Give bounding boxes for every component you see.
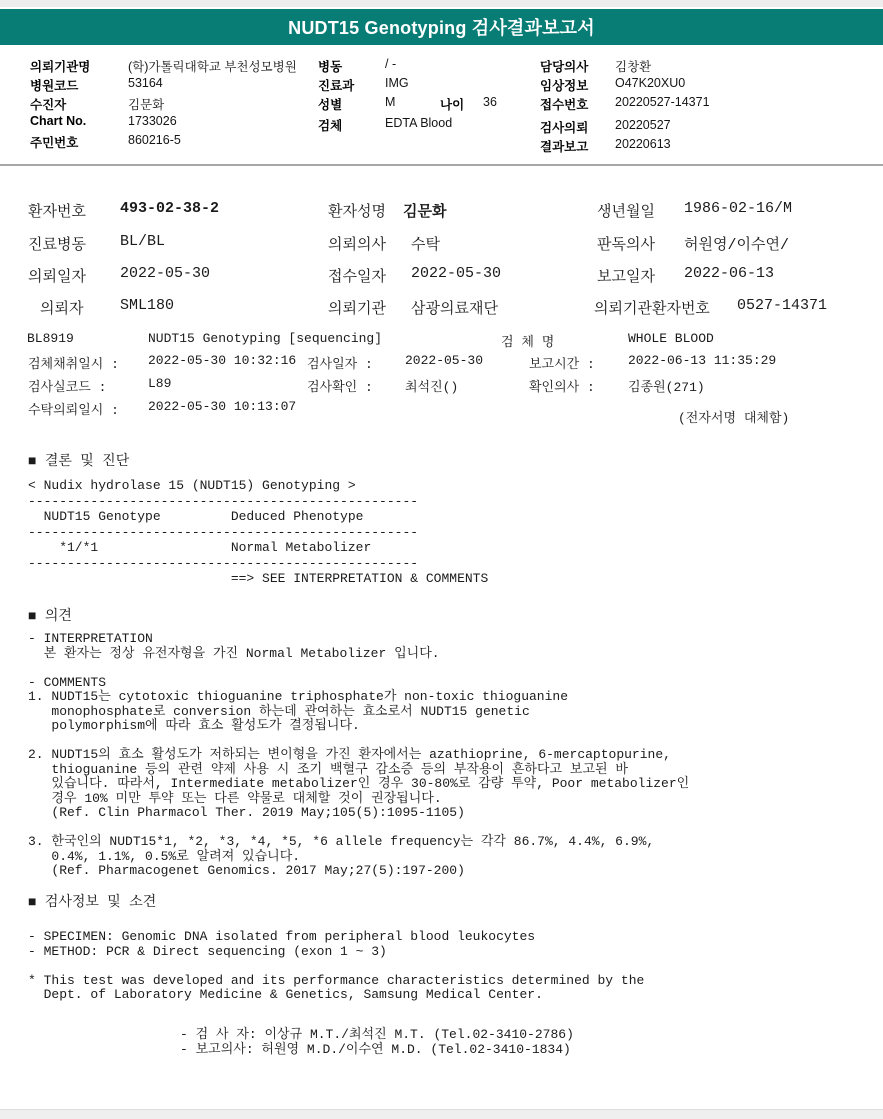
- examinee-label: 수진자: [30, 95, 66, 113]
- square-bullet-icon: ■: [28, 454, 36, 470]
- report-time-value: 2022-06-13 11:35:29: [628, 353, 776, 368]
- resident-no-value: 860216-5: [128, 133, 181, 147]
- top-strip: [0, 0, 883, 7]
- ordering-org-value: (학)가톨릭대학교 부천성모병원: [128, 57, 297, 75]
- reading-doctor-value: 허원영/이수연/: [684, 233, 789, 254]
- age-value: 36: [483, 95, 497, 109]
- clinic-ward-value: BL/BL: [120, 233, 165, 250]
- esign-note: (전자서명 대체함): [678, 407, 789, 426]
- opinion-section-heading: ■ 의견: [28, 605, 72, 625]
- opinion-heading-text: 의견: [45, 609, 72, 625]
- lab-report-page: NUDT15 Genotyping 검사결과보고서 의뢰기관명 (학)가톨릭대학…: [0, 0, 883, 1119]
- reading-doctor-label: 판독의사: [597, 233, 655, 254]
- attending-doctor-label: 담당의사: [540, 57, 588, 75]
- page-title: NUDT15 Genotyping 검사결과보고서: [288, 14, 595, 40]
- test-date-value: 2022-05-30: [405, 353, 483, 368]
- org-patient-no-label: 의뢰기관환자번호: [594, 297, 710, 318]
- request-doctor-value: 수탁: [411, 233, 440, 254]
- specimen-type-value: EDTA Blood: [385, 116, 452, 130]
- test-confirm-label: 검사확인 :: [307, 376, 373, 395]
- ordering-org-label: 의뢰기관명: [30, 57, 90, 75]
- result-report-label: 결과보고: [540, 137, 588, 155]
- clinic-ward-label: 진료병동: [28, 233, 86, 254]
- report-time-label: 보고시간 :: [529, 353, 595, 372]
- report-date-label: 보고일자: [597, 265, 655, 286]
- sex-value: M: [385, 95, 395, 109]
- referral-datetime-label: 수탁의뢰일시 :: [28, 399, 119, 418]
- patient-name-label: 환자성명: [328, 200, 386, 221]
- dept-label: 진료과: [318, 76, 354, 94]
- collection-datetime-value: 2022-05-30 10:32:16: [148, 353, 296, 368]
- conclusion-result-table: < Nudix hydrolase 15 (NUDT15) Genotyping…: [28, 478, 488, 587]
- birthdate-value: 1986-02-16/M: [684, 200, 792, 217]
- attending-doctor-value: 김창환: [615, 57, 651, 75]
- lab-code-label: 검사실코드 :: [28, 376, 106, 395]
- sex-label: 성별: [318, 95, 342, 113]
- hospital-code-value: 53164: [128, 76, 163, 90]
- clinical-info-value: O47K20XU0: [615, 76, 685, 90]
- confirm-doctor-label: 확인의사 :: [529, 376, 595, 395]
- patient-name-value: 김문화: [403, 200, 446, 221]
- specimen-name-value: WHOLE BLOOD: [628, 331, 714, 346]
- bottom-strip: [0, 1109, 883, 1119]
- conclusion-section-heading: ■ 결론 및 진단: [28, 450, 129, 470]
- header-divider: [0, 164, 883, 166]
- signature-lines: - 검 사 자: 이상규 M.T./최석진 M.T. (Tel.02-3410-…: [180, 1028, 574, 1057]
- test-code: BL8919: [27, 331, 74, 346]
- testinfo-section-heading: ■ 검사정보 및 소견: [28, 891, 156, 911]
- lab-code-value: L89: [148, 376, 171, 391]
- receipt-no-value: 20220527-14371: [615, 95, 710, 109]
- birthdate-label: 생년월일: [597, 200, 655, 221]
- requester-label: 의뢰자: [40, 297, 83, 318]
- patient-no-value: 493-02-38-2: [120, 200, 219, 217]
- test-date-label: 검사일자 :: [307, 353, 373, 372]
- resident-no-label: 주민번호: [30, 133, 78, 151]
- test-request-label: 검사의뢰: [540, 118, 588, 136]
- specimen-name-label: 검 체 명: [501, 331, 554, 350]
- ward-label: 병동: [318, 57, 342, 75]
- report-title-banner: NUDT15 Genotyping 검사결과보고서: [0, 9, 883, 45]
- clinical-info-label: 임상정보: [540, 76, 588, 94]
- dept-value: IMG: [385, 76, 409, 90]
- patient-no-label: 환자번호: [28, 200, 86, 221]
- hospital-code-label: 병원코드: [30, 76, 78, 94]
- referral-datetime-value: 2022-05-30 10:13:07: [148, 399, 296, 414]
- test-request-value: 20220527: [615, 118, 671, 132]
- chart-no-label: Chart No.: [30, 114, 86, 128]
- testinfo-text: - SPECIMEN: Genomic DNA isolated from pe…: [28, 930, 644, 1003]
- request-date-label: 의뢰일자: [28, 265, 86, 286]
- age-label: 나이: [440, 95, 464, 113]
- result-report-value: 20220613: [615, 137, 671, 151]
- specimen-type-label: 검체: [318, 116, 342, 134]
- collection-datetime-label: 검체채취일시 :: [28, 353, 119, 372]
- request-date-value: 2022-05-30: [120, 265, 210, 282]
- ward-value: / -: [385, 57, 396, 71]
- request-org-label: 의뢰기관: [328, 297, 386, 318]
- examinee-value: 김문화: [128, 95, 164, 113]
- report-date-value: 2022-06-13: [684, 265, 774, 282]
- org-patient-no-value: 0527-14371: [737, 297, 827, 314]
- requester-value: SML180: [120, 297, 174, 314]
- request-doctor-label: 의뢰의사: [328, 233, 386, 254]
- test-name: NUDT15 Genotyping [sequencing]: [148, 331, 382, 346]
- confirm-doctor-value: 김종원(271): [628, 376, 705, 395]
- square-bullet-icon: ■: [28, 895, 36, 911]
- receipt-no-label: 접수번호: [540, 95, 588, 113]
- testinfo-heading-text: 검사정보 및 소견: [45, 895, 156, 911]
- request-org-value: 삼광의료재단: [411, 297, 498, 318]
- receipt-date-label: 접수일자: [328, 265, 386, 286]
- square-bullet-icon: ■: [28, 609, 36, 625]
- conclusion-heading-text: 결론 및 진단: [45, 454, 129, 470]
- receipt-date-value: 2022-05-30: [411, 265, 501, 282]
- test-confirm-value: 최석진(): [405, 376, 458, 395]
- opinion-text: - INTERPRETATION 본 환자는 정상 유전자형을 가진 Norma…: [28, 632, 689, 879]
- chart-no-value: 1733026: [128, 114, 177, 128]
